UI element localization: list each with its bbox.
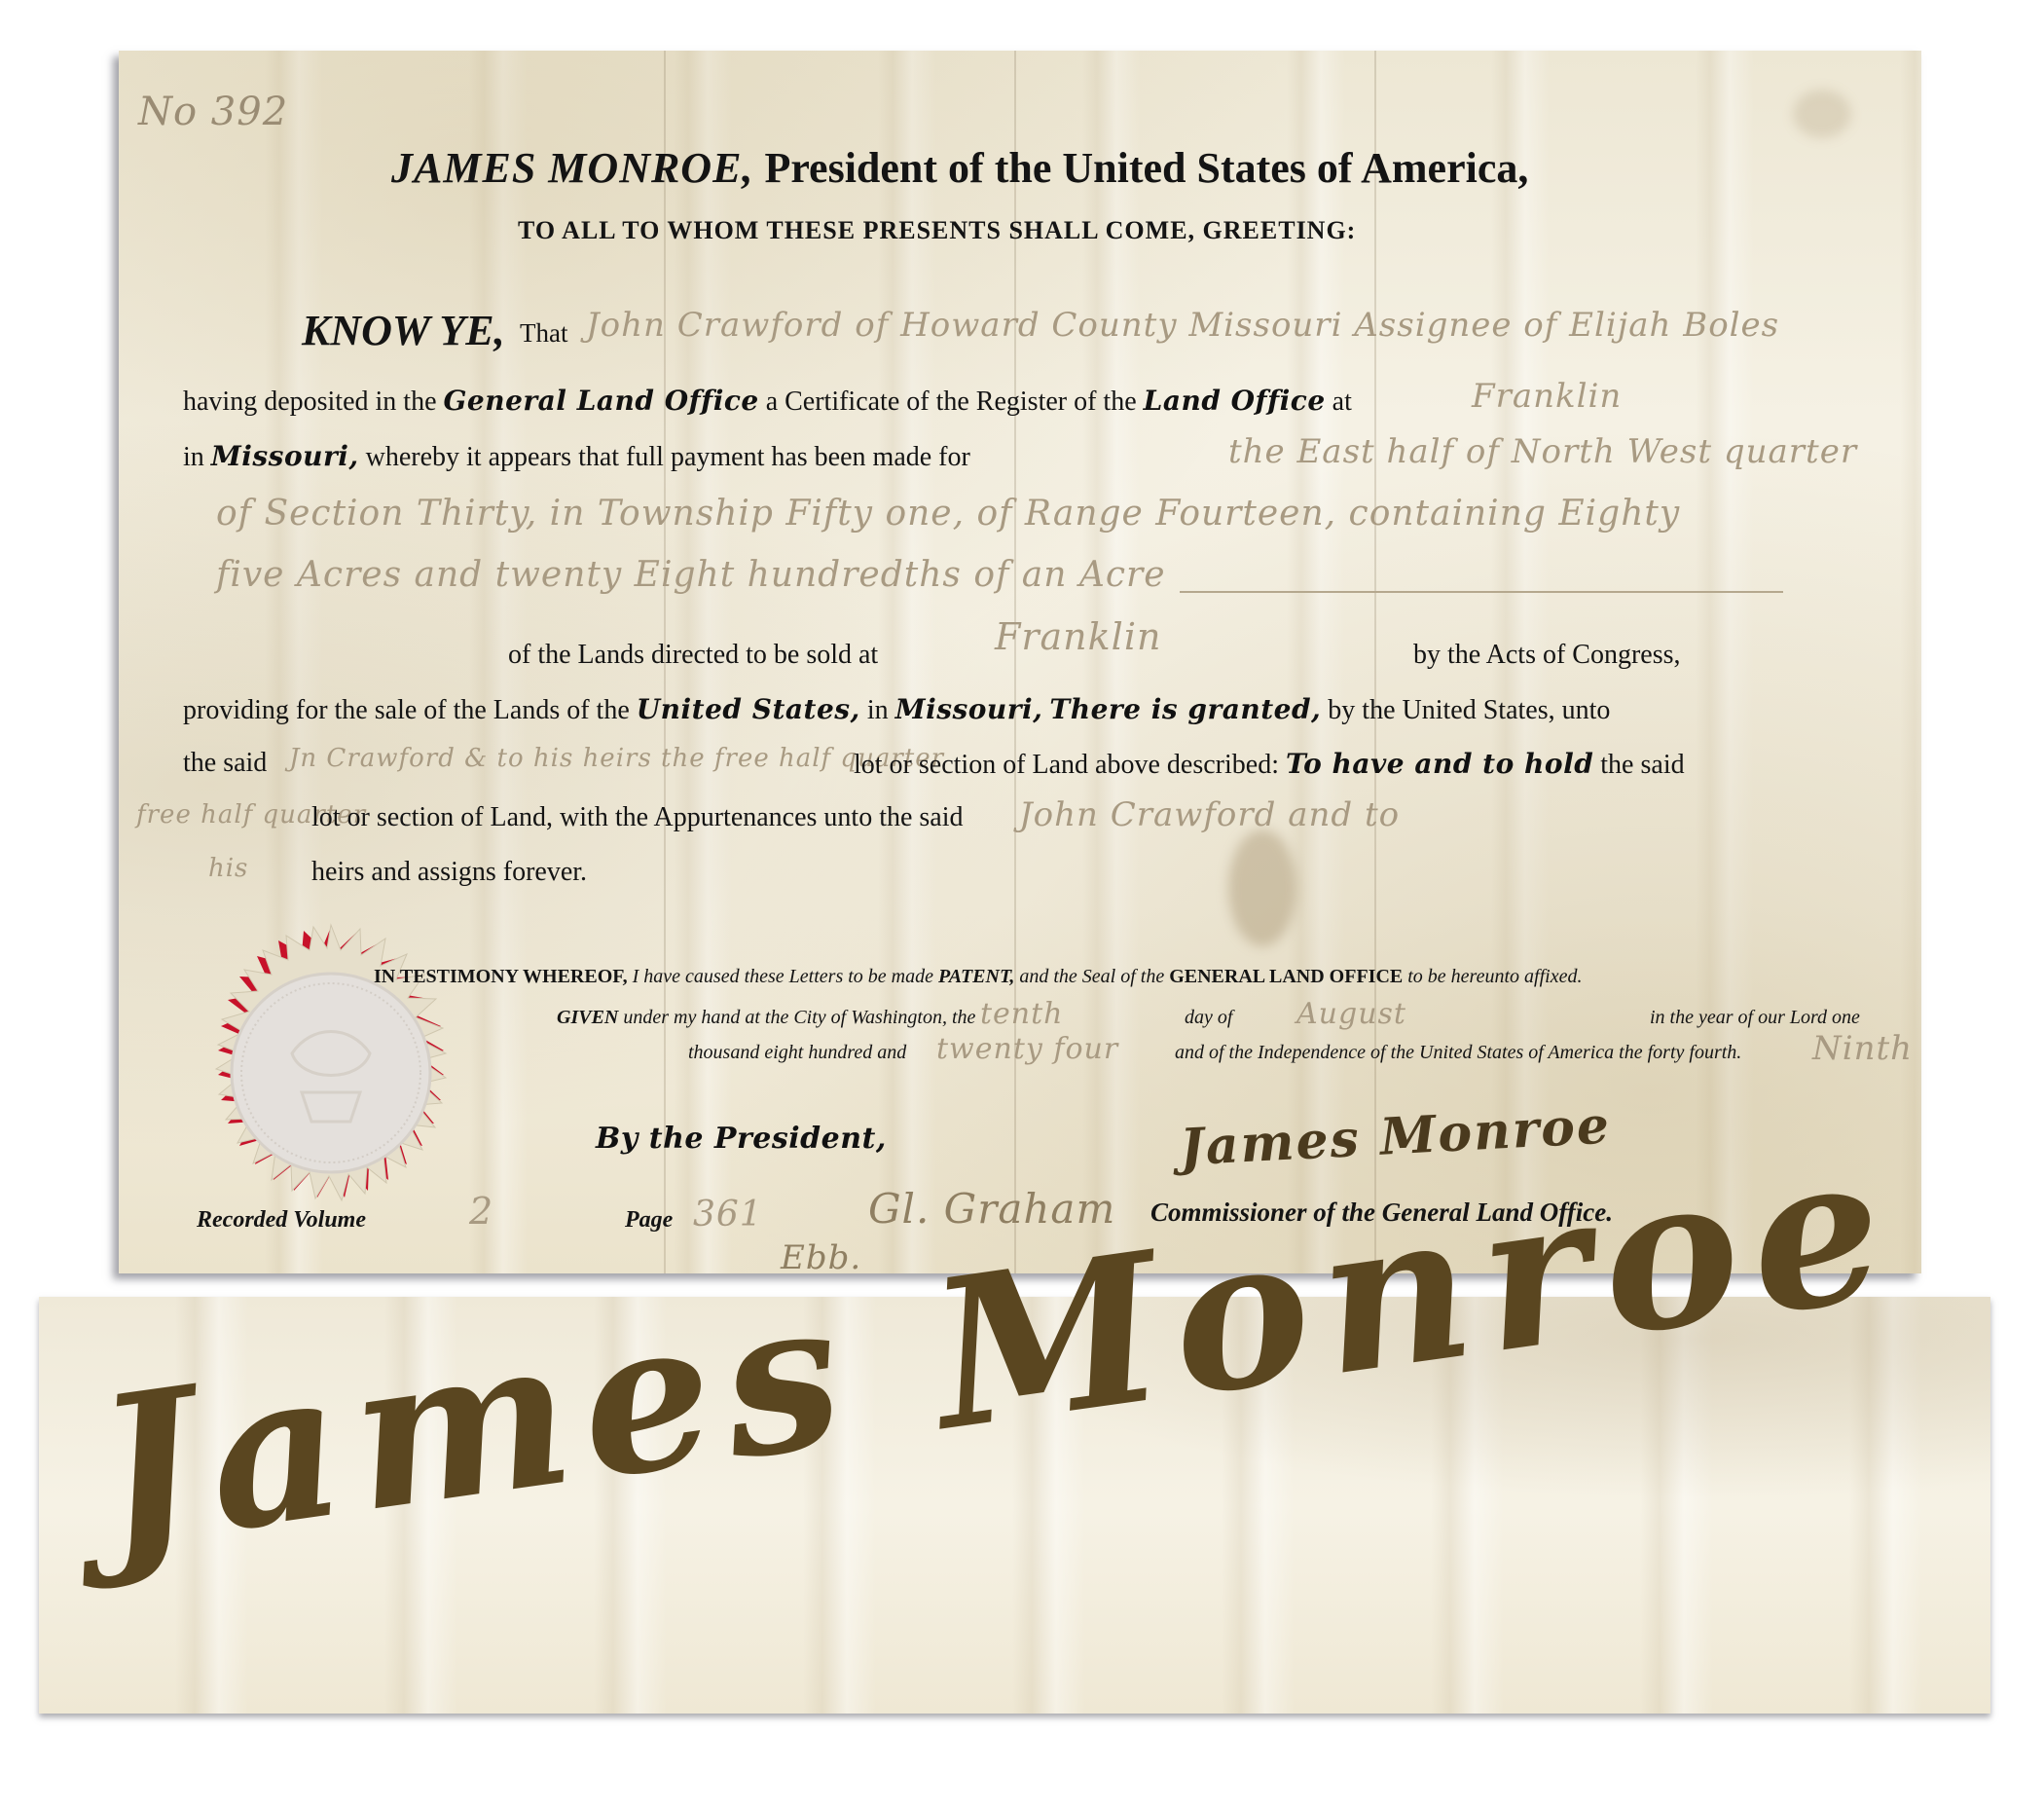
body-line-4a: of the Lands directed to be sold at [508,640,878,671]
united-states-blackletter: United States, [637,693,860,725]
testimony-line-2c: day of [1185,1007,1232,1029]
title-rest: President of the United States of Americ… [764,144,1528,192]
paper-fold [1374,51,1376,1273]
body-line-8: heirs and assigns forever. [311,857,587,888]
embossed-seal-icon [175,917,487,1229]
text: whereby it appears that full payment has… [366,442,970,472]
description-handwritten-2: of Section Thirty, in Township Fifty one… [216,494,1680,534]
text: by the United States, unto [1328,695,1610,725]
missouri-blackletter: Missouri, [211,440,359,472]
page-value: 361 [693,1195,763,1235]
text: IN TESTIMONY WHEREOF, [374,966,628,987]
land-office-blackletter: Land Office [1144,385,1326,417]
text: GIVEN [557,1007,618,1028]
text: GENERAL LAND OFFICE [1169,966,1403,987]
document-title: JAMES MONROE, President of the United St… [391,143,1528,193]
description-handwritten-3: five Acres and twenty Eight hundredths o… [216,555,1166,595]
know-ye: KNOW YE, [302,306,505,355]
there-is-granted-blackletter: There is granted, [1049,693,1321,725]
water-stain [1793,90,1851,138]
president-name: JAMES MONROE, [391,144,753,192]
office-location-handwritten: Franklin [1472,377,1622,416]
body-line-5: providing for the sale of the Lands of t… [183,693,1610,726]
testimony-line-1: IN TESTIMONY WHEREOF, I have caused thes… [374,966,1582,988]
fill-line [1180,591,1783,593]
document-number: No 392 [138,90,288,134]
text: PATENT, [938,966,1014,987]
margin2-handwritten: his [208,854,248,883]
testimony-line-2d: in the year of our Lord one [1650,1007,1860,1029]
text: and the Seal of the [1019,966,1164,987]
testimony-line-3b: and of the Independence of the United St… [1175,1042,1741,1064]
testimony-line-2a: GIVEN under my hand at the City of Washi… [557,1007,975,1029]
body-line-4b: by the Acts of Congress, [1413,640,1681,671]
grantee2-handwritten: Jn Crawford & to his heirs the free half… [289,744,944,773]
sold-at-handwritten: Franklin [995,615,1161,658]
day-handwritten: tenth [980,997,1064,1031]
water-stain [1228,829,1296,946]
land-grant-document: No 392 JAMES MONROE, President of the Un… [119,51,1921,1273]
grantee3-handwritten: John Crawford and to [1019,795,1400,834]
year-handwritten: twenty four [936,1032,1118,1066]
general-land-office-blackletter: General Land Office [444,385,759,417]
text: in [183,442,204,472]
text: having deposited in the [183,387,437,417]
text: at [1332,387,1352,417]
body-line-6a: the said [183,748,267,779]
recorded-volume-label: Recorded Volume [197,1207,366,1234]
text: under my hand at the City of Washington,… [623,1007,975,1028]
ninth-handwritten: Ninth [1812,1029,1913,1068]
description-handwritten-1: the East half of North West quarter [1228,432,1857,471]
that-label: That [520,318,567,349]
text: a Certificate of the Register of the [766,387,1137,417]
greeting: TO ALL TO WHOM THESE PRESENTS SHALL COME… [518,216,1356,245]
month-handwritten: August [1296,997,1406,1031]
body-line-2: having deposited in the General Land Off… [183,385,1352,418]
to-have-and-to-hold-blackletter: To have and to hold [1286,748,1593,780]
text: providing for the sale of the Lands of t… [183,695,630,725]
grantee-handwritten: John Crawford of Howard County Missouri … [586,306,1779,345]
page-label: Page [625,1207,673,1234]
body-line-6: lot or section of Land above described: … [854,748,1685,781]
missouri-blackletter: Missouri, [895,693,1043,725]
testimony-line-3a: thousand eight hundred and [688,1042,906,1064]
body-line-7: lot or section of Land, with the Appurte… [311,802,964,833]
text: in [867,695,889,725]
text: to be hereunto affixed. [1407,966,1582,987]
text: the said [1600,750,1684,780]
body-line-3: in Missouri, whereby it appears that ful… [183,440,970,473]
text: I have caused these Letters to be made [633,966,933,987]
text: lot or section of Land above described: [854,750,1279,780]
by-the-president: By the President, [596,1122,887,1156]
recorded-volume-value: 2 [469,1190,493,1233]
